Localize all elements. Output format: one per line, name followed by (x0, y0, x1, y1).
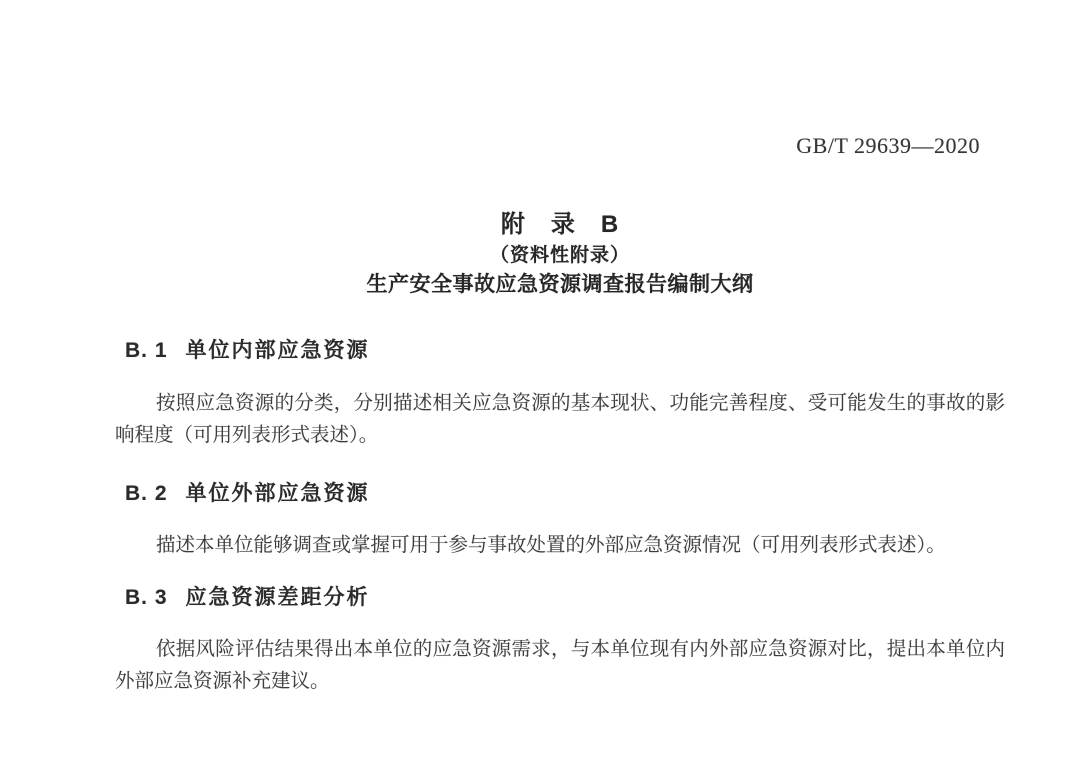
section-heading-b3: B. 3应急资源差距分析 (125, 585, 370, 611)
section-title-b2: 单位外部应急资源 (186, 482, 370, 505)
section-heading-b2: B. 2单位外部应急资源 (125, 481, 370, 507)
section-title-b3: 应急资源差距分析 (186, 586, 370, 609)
section-heading-b1: B. 1单位内部应急资源 (125, 338, 370, 364)
appendix-title-block: 附 录 B （资料性附录） 生产安全事故应急资源调查报告编制大纲 (115, 210, 1005, 299)
section-number-b3: B. 3 (125, 586, 168, 609)
appendix-label: 附 录 B (115, 210, 1005, 240)
section-body-b1: 按照应急资源的分类，分别描述相关应急资源的基本现状、功能完善程度、受可能发生的事… (115, 388, 1005, 452)
document-page: GB/T 29639—2020 附 录 B （资料性附录） 生产安全事故应急资源… (0, 0, 1080, 758)
section-body-b3: 依据风险评估结果得出本单位的应急资源需求，与本单位现有内外部应急资源对比，提出本… (115, 634, 1005, 698)
appendix-note: （资料性附录） (115, 243, 1005, 269)
section-body-b2: 描述本单位能够调查或掌握可用于参与事故处置的外部应急资源情况（可用列表形式表述）… (115, 530, 1005, 562)
standard-number: GB/T 29639—2020 (796, 131, 980, 161)
section-number-b2: B. 2 (125, 482, 168, 505)
section-title-b1: 单位内部应急资源 (186, 339, 370, 362)
section-number-b1: B. 1 (125, 339, 168, 362)
appendix-title: 生产安全事故应急资源调查报告编制大纲 (115, 271, 1005, 299)
